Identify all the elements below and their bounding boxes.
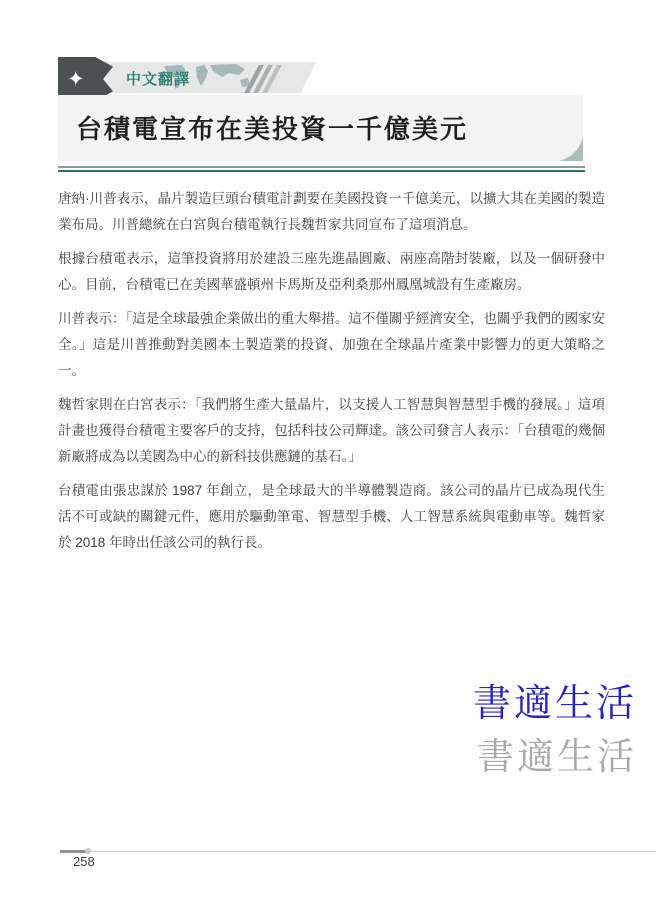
footer-rule: [60, 851, 656, 852]
article-body: 唐納·川普表示，晶片製造巨頭台積電計劃要在美國投資一千億美元，以擴大其在美國的製…: [58, 186, 605, 564]
page-number: 258: [73, 854, 95, 869]
sparkle-icon: ✦: [67, 69, 85, 90]
section-label: 中文翻譯: [126, 68, 190, 89]
article-title-box: 台積電宣布在美投資一千億美元: [58, 95, 583, 161]
watermark-gray: 書適生活: [477, 726, 637, 780]
paragraph-2: 根據台積電表示，這筆投資將用於建設三座先進晶圓廠、兩座高階封裝廠，以及一個研發中…: [58, 246, 605, 298]
watermark-blue: 書適生活: [473, 672, 637, 727]
footer-rule-accent: [60, 850, 87, 853]
paragraph-4: 魏哲家則在白宮表示：「我們將生產大量晶片，以支援人工智慧與智慧型手機的發展。」這…: [58, 392, 605, 470]
section-banner: 中文翻譯: [96, 62, 316, 93]
title-rule-gray: [58, 166, 585, 168]
diagonal-stripes-icon: [243, 65, 282, 93]
article-title: 台積電宣布在美投資一千億美元: [58, 95, 583, 145]
paragraph-3: 川普表示：「這是全球最強企業做出的重大舉措。這不僅關乎經濟安全，也關乎我們的國家…: [58, 306, 605, 384]
page-curl-icon: [559, 137, 583, 161]
paragraph-5: 台積電由張忠謀於 1987 年創立，是全球最大的半導體製造商。該公司的晶片已成為…: [58, 478, 605, 556]
book-page: 中文翻譯 ✦ 台積電宣布在美投資一千億美元 唐納·川普表示，晶片製造巨頭台積電計…: [0, 0, 663, 909]
title-rule-teal: [58, 170, 585, 172]
paragraph-1: 唐納·川普表示，晶片製造巨頭台積電計劃要在美國投資一千億美元，以擴大其在美國的製…: [58, 186, 605, 238]
